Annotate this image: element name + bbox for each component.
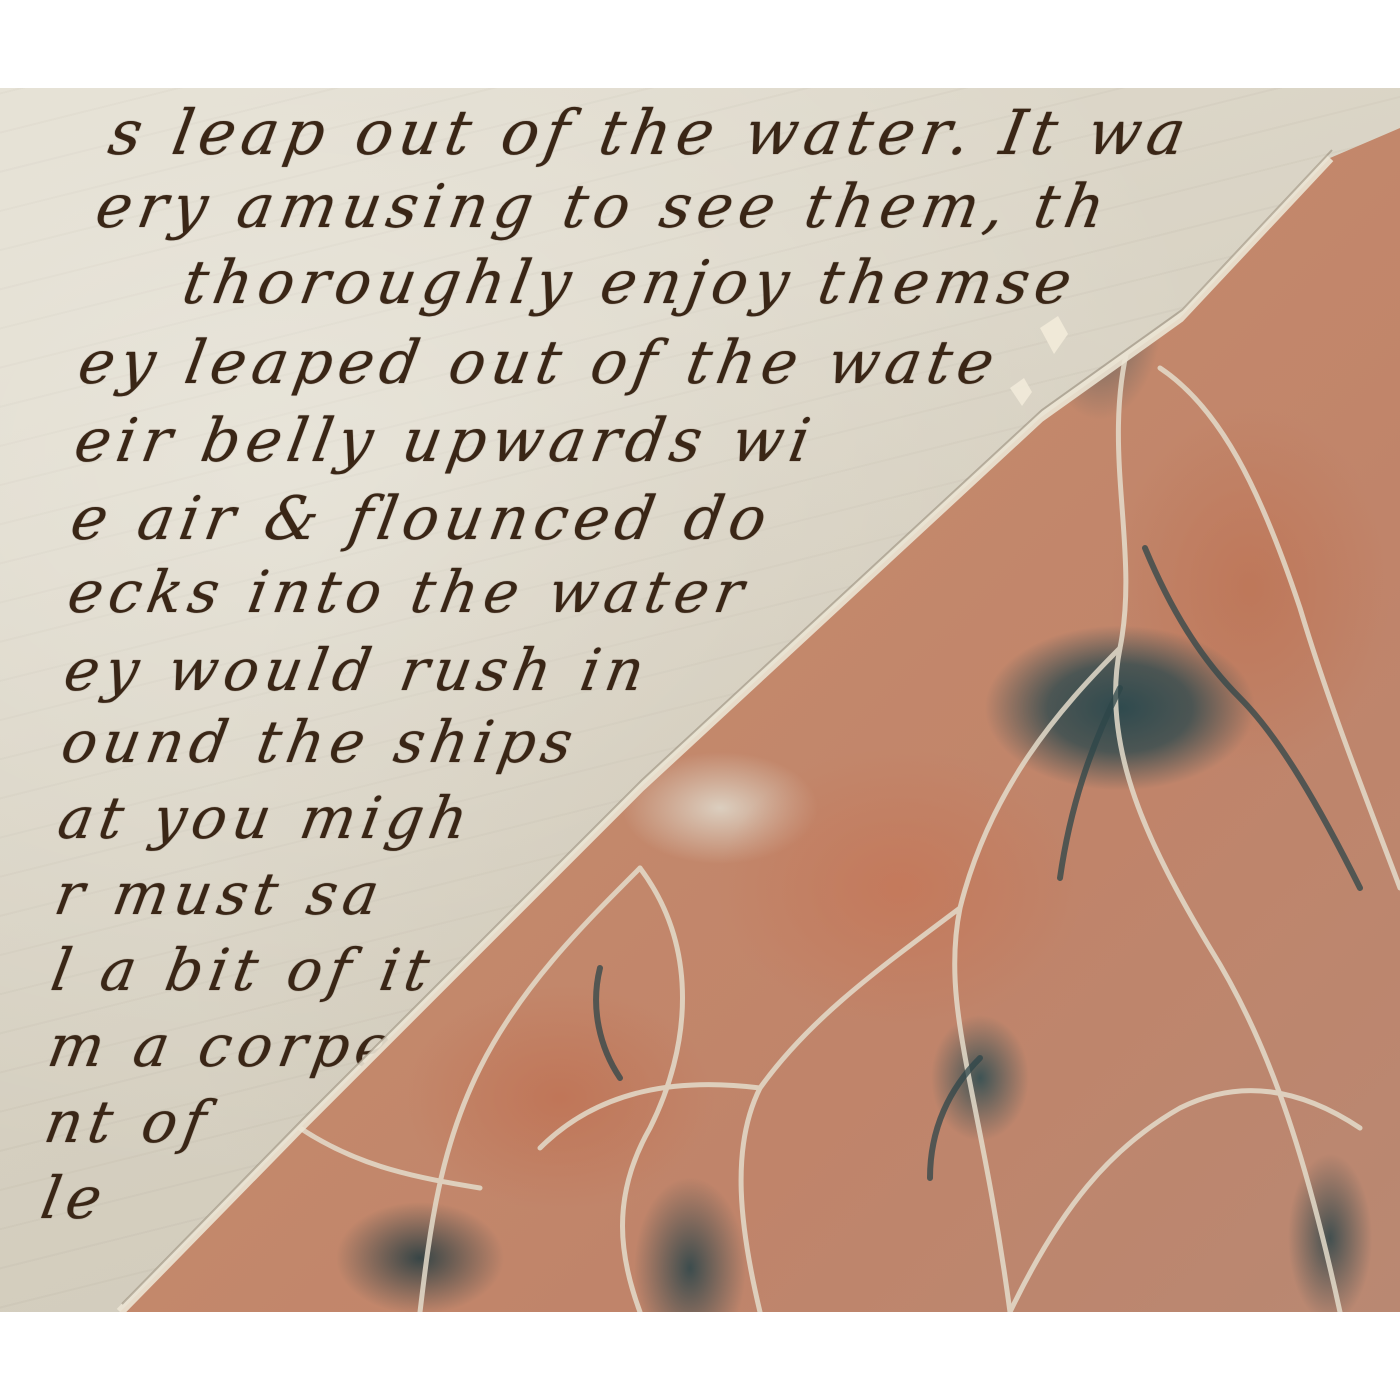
manuscript-line: ey would rush in bbox=[59, 636, 655, 704]
manuscript-line: ey leaped out of the wate bbox=[73, 328, 1005, 398]
manuscript-line: at you migh bbox=[53, 784, 479, 852]
manuscript-line: s leap out of the water. It wa bbox=[104, 96, 1197, 169]
bottom-margin bbox=[0, 1312, 1400, 1400]
manuscript-line: ound the ships bbox=[57, 708, 584, 776]
manuscript-line: ery amusing to see them, th bbox=[91, 172, 1116, 242]
top-margin bbox=[0, 0, 1400, 88]
manuscript-photo: s leap out of the water. It wa ery amusi… bbox=[0, 88, 1400, 1312]
manuscript-line: e air & flounced do bbox=[66, 484, 778, 554]
manuscript-line: r must sa bbox=[50, 860, 390, 928]
manuscript-line: thoroughly enjoy themse bbox=[77, 248, 1082, 318]
manuscript-line: ecks into the water bbox=[63, 558, 755, 626]
manuscript-line: l a bit of it bbox=[46, 936, 440, 1004]
manuscript-line: nt of bbox=[40, 1088, 217, 1156]
manuscript-line: eir belly upwards wi bbox=[69, 406, 821, 476]
manuscript-line: le bbox=[36, 1164, 113, 1232]
manuscript-line: m a corpe bbox=[43, 1012, 402, 1080]
